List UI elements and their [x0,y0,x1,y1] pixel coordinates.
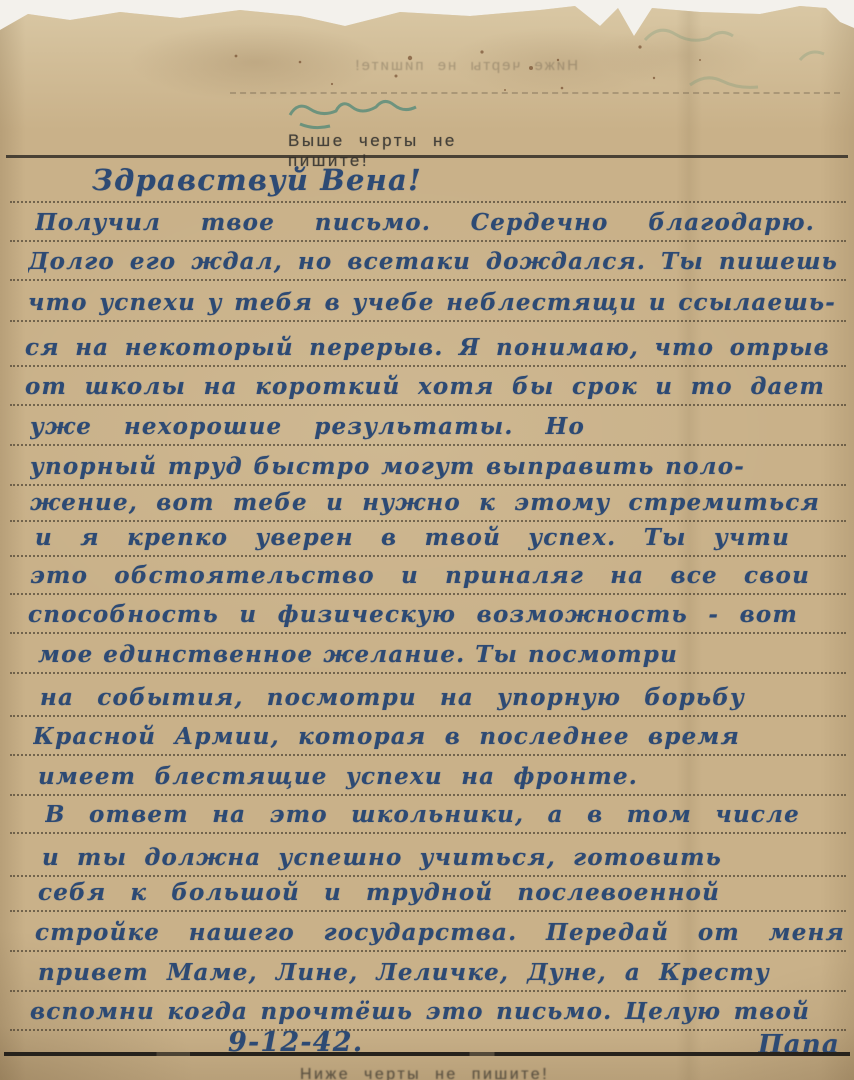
letter-line: имеет блестящие успехи на фронте. [38,760,638,796]
letter-scan: Ниже черты не пишите! Выше че [0,0,854,1080]
letter-line: что успехи у тебя в учебе неблестящи и с… [28,286,836,322]
letter-line: на события, посмотри на упорную борьбу [40,681,745,717]
letter-line: В ответ на это школьники, а в том числе [45,798,800,834]
letter-line: привет Маме, Лине, Леличке, Дуне, а Крес… [38,956,770,992]
letter-line: Красной Армии, которая в последнее время [33,720,740,756]
letter-line: способность и физическую возможность - в… [28,598,798,634]
letter-line: мое единственное желание. Ты посмотри [38,638,678,674]
footer-rule-line [4,1052,850,1056]
letter-line: от школы на короткий хотя бы срок и то д… [25,370,825,406]
green-bleed-scribbles [645,30,824,87]
letter-line: ся на некоторый перерыв. Я понимаю, что … [25,331,830,367]
letter-line: вспомни когда прочтёшь это письмо. Целую… [30,995,810,1031]
paper: Ниже черты не пишите! Выше че [0,0,854,1080]
letter-line: уже нехорошие результаты. Но терпение и [30,410,585,446]
letter-date: 9-12-42. [228,1026,408,1062]
letter-greeting: Здравствуй Вена! [92,160,432,202]
letter-line: Получил твое письмо. Сердечно благодарю. [35,206,815,242]
letter-signature: Папа [758,1028,848,1064]
bleedthrough-text: Ниже черты не пишите! [288,57,578,74]
letter-line: себя к большой и трудной послевоенной [38,876,720,912]
letter-line: Долго его ждал, но всетаки дождался. Ты … [28,245,838,281]
letter-line: и я крепко уверен в твой успех. Ты учти [35,521,790,557]
letter-line: упорный труд быстро могут выправить поло… [30,450,745,486]
letter-line: стройке нашего государства. Передай от м… [35,916,845,952]
footer-warning-text: Ниже черты не пишите! [300,1066,620,1080]
teal-scribble-mark [290,101,416,127]
header-rule-line [6,155,848,158]
faded-rule-line [230,92,840,94]
letter-line: жение, вот тебе и нужно к этому стремить… [30,486,820,522]
letter-line: и ты должна успешно учиться, готовить [42,841,722,877]
letter-line: это обстоятельство и приналяг на все сво… [30,559,810,595]
